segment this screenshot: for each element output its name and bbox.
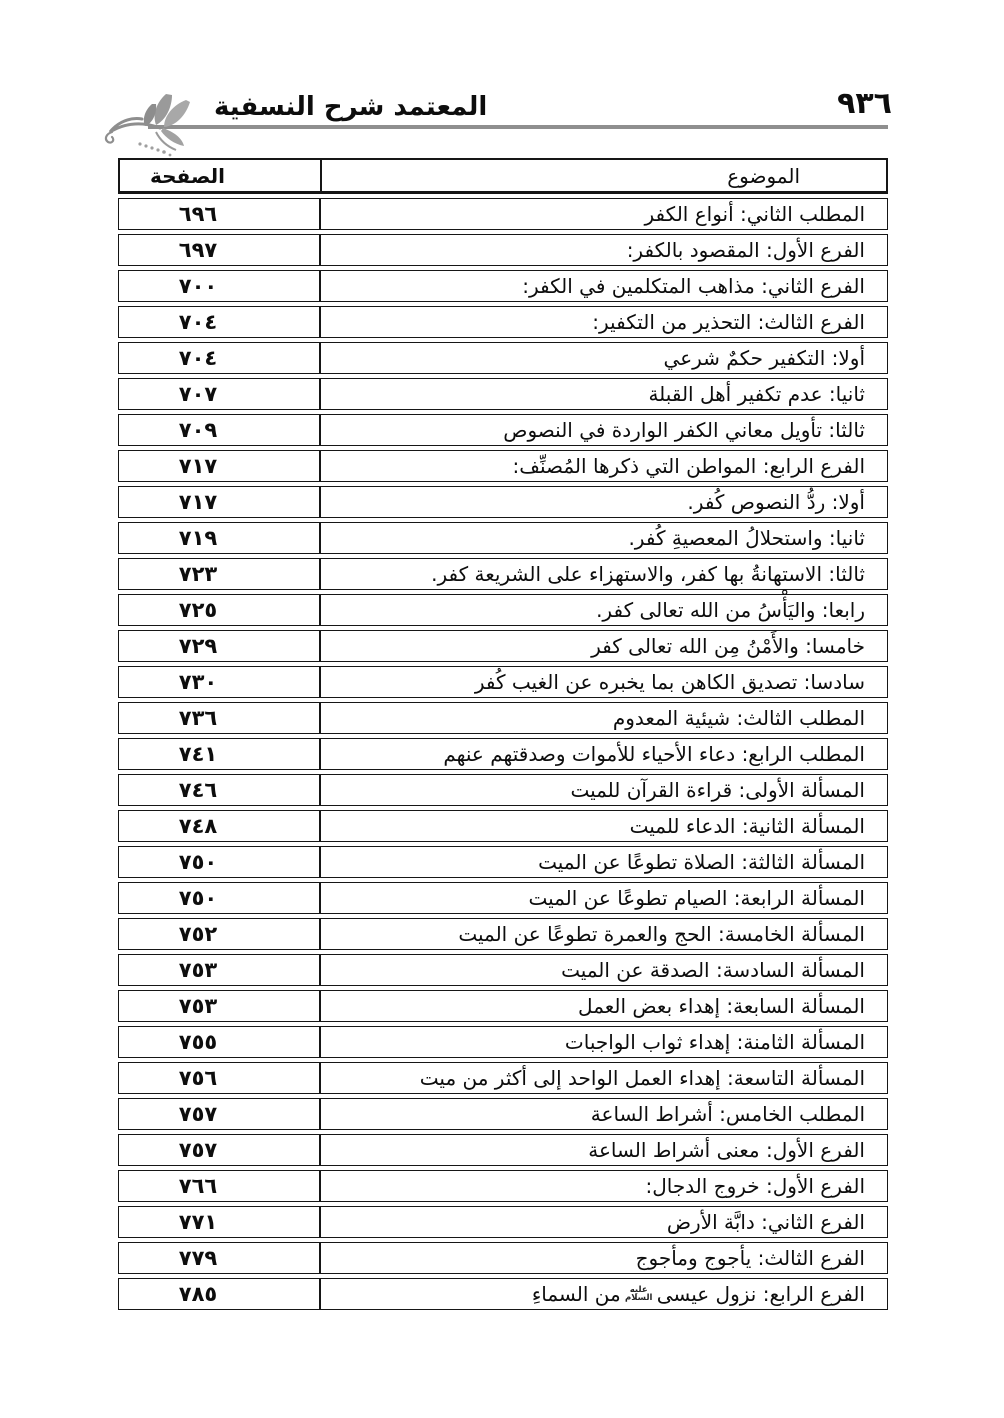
page-cell: ٧٥٧ [119, 1099, 321, 1129]
topic-cell: الفرع الثاني: دابَّة الأرض [321, 1207, 887, 1237]
table-row: رابعا: واليَأْسُ من الله تعالى كفر. ٧٢٥ [118, 594, 888, 626]
topic-cell: الفرع الثالث: التحذير من التكفير: [321, 307, 887, 337]
table-row: المسألة الثامنة: إهداء ثواب الواجبات ٧٥٥ [118, 1026, 888, 1058]
page-cell: ٧٥٣ [119, 991, 321, 1021]
topic-cell: الفرع الثالث: يأجوج ومأجوج [321, 1243, 887, 1273]
page-cell: ٧٨٥ [119, 1279, 321, 1309]
table-row: المسألة التاسعة: إهداء العمل الواحد إلى … [118, 1062, 888, 1094]
page-cell: ٧٠٧ [119, 379, 321, 409]
page-cell: ٧٥٢ [119, 919, 321, 949]
page-cell: ٧٤٦ [119, 775, 321, 805]
toc-header-row: الموضوع الصفحة [118, 158, 888, 194]
page-cell: ٧٧٩ [119, 1243, 321, 1273]
table-row: الفرع الثاني: دابَّة الأرض ٧٧١ [118, 1206, 888, 1238]
table-row: المطلب الرابع: دعاء الأحياء للأموات وصدق… [118, 738, 888, 770]
topic-cell: المسألة الثامنة: إهداء ثواب الواجبات [321, 1027, 887, 1057]
page-cell: ٧٦٦ [119, 1171, 321, 1201]
topic-cell: رابعا: واليَأْسُ من الله تعالى كفر. [321, 595, 887, 625]
page-cell: ٧٤١ [119, 739, 321, 769]
topic-cell: ثالثا: الاستهانةُ بها كفر، والاستهزاء عل… [321, 559, 887, 589]
topic-cell: المطلب الخامس: أشراط الساعة [321, 1099, 887, 1129]
book-page: ٩٣٦ المعتمد شرح النسفية الموضوع الصفحة ا… [0, 0, 1004, 1418]
topic-cell: الفرع الأول: المقصود بالكفر: [321, 235, 887, 265]
page-cell: ٧١٧ [119, 487, 321, 517]
toc-header-topic: الموضوع [322, 160, 886, 191]
page-cell: ٧٥٠ [119, 883, 321, 913]
topic-cell: المطلب الثاني: أنواع الكفر [321, 199, 887, 229]
page-cell: ٧٠٤ [119, 307, 321, 337]
table-row: المسألة الرابعة: الصيام تطوعًا عن الميت … [118, 882, 888, 914]
table-row: المطلب الثالث: شيئية المعدوم ٧٣٦ [118, 702, 888, 734]
topic-cell: ثانيا: واستحلالُ المعصيةِ كُفر. [321, 523, 887, 553]
topic-cell: المسألة الثانية: الدعاء للميت [321, 811, 887, 841]
table-row: المسألة السابعة: إهداء بعض العمل ٧٥٣ [118, 990, 888, 1022]
page-cell: ٧٠٩ [119, 415, 321, 445]
page-cell: ٧٥٦ [119, 1063, 321, 1093]
topic-cell: ثانيا: عدم تكفير أهل القبلة [321, 379, 887, 409]
table-row: أولا: التكفير حكمٌ شرعي ٧٠٤ [118, 342, 888, 374]
page-cell: ٧٠٤ [119, 343, 321, 373]
topic-cell: الفرع الثاني: مذاهب المتكلمين في الكفر: [321, 271, 887, 301]
table-row: الفرع الثالث: التحذير من التكفير: ٧٠٤ [118, 306, 888, 338]
page-cell: ٧٤٨ [119, 811, 321, 841]
honorific-mark: عليه السلام [624, 1286, 654, 1302]
table-row: الفرع الأول: المقصود بالكفر: ٦٩٧ [118, 234, 888, 266]
topic-cell: أولا: التكفير حكمٌ شرعي [321, 343, 887, 373]
toc-rows: المطلب الثاني: أنواع الكفر ٦٩٦ الفرع الأ… [118, 198, 888, 1310]
topic-cell: المسألة الثالثة: الصلاة تطوعًا عن الميت [321, 847, 887, 877]
floral-ornament-icon [100, 92, 208, 164]
topic-cell: ثالثا: تأويل معاني الكفر الواردة في النص… [321, 415, 887, 445]
topic-cell: المطلب الثالث: شيئية المعدوم [321, 703, 887, 733]
table-row: المطلب الخامس: أشراط الساعة ٧٥٧ [118, 1098, 888, 1130]
table-row: ثانيا: عدم تكفير أهل القبلة ٧٠٧ [118, 378, 888, 410]
table-row: المسألة الخامسة: الحج والعمرة تطوعًا عن … [118, 918, 888, 950]
topic-cell: المسألة الرابعة: الصيام تطوعًا عن الميت [321, 883, 887, 913]
table-row: ثالثا: الاستهانةُ بها كفر، والاستهزاء عل… [118, 558, 888, 590]
topic-cell: الفرع الأول: معنى أشراط الساعة [321, 1135, 887, 1165]
table-row: المسألة الأولى: قراءة القرآن للميت ٧٤٦ [118, 774, 888, 806]
table-row: الفرع الأول: خروج الدجال: ٧٦٦ [118, 1170, 888, 1202]
header-rule [148, 125, 888, 129]
topic-cell: المطلب الرابع: دعاء الأحياء للأموات وصدق… [321, 739, 887, 769]
table-row: خامسا: والأَمْنُ مِن الله تعالى كفر ٧٢٩ [118, 630, 888, 662]
table-row: الفرع الثاني: مذاهب المتكلمين في الكفر: … [118, 270, 888, 302]
table-row: الفرع الثالث: يأجوج ومأجوج ٧٧٩ [118, 1242, 888, 1274]
page-cell: ٧٠٠ [119, 271, 321, 301]
page-cell: ٦٩٦ [119, 199, 321, 229]
page-cell: ٧٢٣ [119, 559, 321, 589]
table-row: الفرع الرابع: المواطن التي ذكرها المُصنِ… [118, 450, 888, 482]
topic-cell: الفرع الرابع: المواطن التي ذكرها المُصنِ… [321, 451, 887, 481]
table-row: المطلب الثاني: أنواع الكفر ٦٩٦ [118, 198, 888, 230]
topic-cell: المسألة السابعة: إهداء بعض العمل [321, 991, 887, 1021]
table-row: ثالثا: تأويل معاني الكفر الواردة في النص… [118, 414, 888, 446]
topic-cell: الفرع الأول: خروج الدجال: [321, 1171, 887, 1201]
page-cell: ٦٩٧ [119, 235, 321, 265]
topic-cell: أولا: ردُّ النصوص كُفر. [321, 487, 887, 517]
topic-cell: سادسا: تصديق الكاهن بما يخبره عن الغيب ك… [321, 667, 887, 697]
page-cell: ٧٥٣ [119, 955, 321, 985]
page-cell: ٧٢٩ [119, 631, 321, 661]
table-row: الفرع الأول: معنى أشراط الساعة ٧٥٧ [118, 1134, 888, 1166]
topic-cell: المسألة الأولى: قراءة القرآن للميت [321, 775, 887, 805]
page-cell: ٧٥٧ [119, 1135, 321, 1165]
book-title: المعتمد شرح النسفية [214, 92, 487, 122]
page-cell: ٧١٩ [119, 523, 321, 553]
table-row: الفرع الرابع: نزول عيسىعليه السلاممن الس… [118, 1278, 888, 1310]
page-cell: ٧٧١ [119, 1207, 321, 1237]
topic-cell: المسألة السادسة: الصدقة عن الميت [321, 955, 887, 985]
page-cell: ٧٣٠ [119, 667, 321, 697]
page-cell: ٧٣٦ [119, 703, 321, 733]
toc-table: الموضوع الصفحة المطلب الثاني: أنواع الكف… [118, 158, 888, 1314]
page-cell: ٧٥٥ [119, 1027, 321, 1057]
page-cell: ٧٥٠ [119, 847, 321, 877]
table-row: ثانيا: واستحلالُ المعصيةِ كُفر. ٧١٩ [118, 522, 888, 554]
page-cell: ٧١٧ [119, 451, 321, 481]
topic-cell: خامسا: والأَمْنُ مِن الله تعالى كفر [321, 631, 887, 661]
table-row: المسألة الثانية: الدعاء للميت ٧٤٨ [118, 810, 888, 842]
table-row: المسألة السادسة: الصدقة عن الميت ٧٥٣ [118, 954, 888, 986]
page-number: ٩٣٦ [837, 86, 892, 121]
topic-cell: المسألة الخامسة: الحج والعمرة تطوعًا عن … [321, 919, 887, 949]
table-row: المسألة الثالثة: الصلاة تطوعًا عن الميت … [118, 846, 888, 878]
topic-cell: المسألة التاسعة: إهداء العمل الواحد إلى … [321, 1063, 887, 1093]
table-row: سادسا: تصديق الكاهن بما يخبره عن الغيب ك… [118, 666, 888, 698]
topic-cell: الفرع الرابع: نزول عيسىعليه السلاممن الس… [321, 1279, 887, 1309]
toc-header-page: الصفحة [120, 160, 322, 191]
page-cell: ٧٢٥ [119, 595, 321, 625]
table-row: أولا: ردُّ النصوص كُفر. ٧١٧ [118, 486, 888, 518]
